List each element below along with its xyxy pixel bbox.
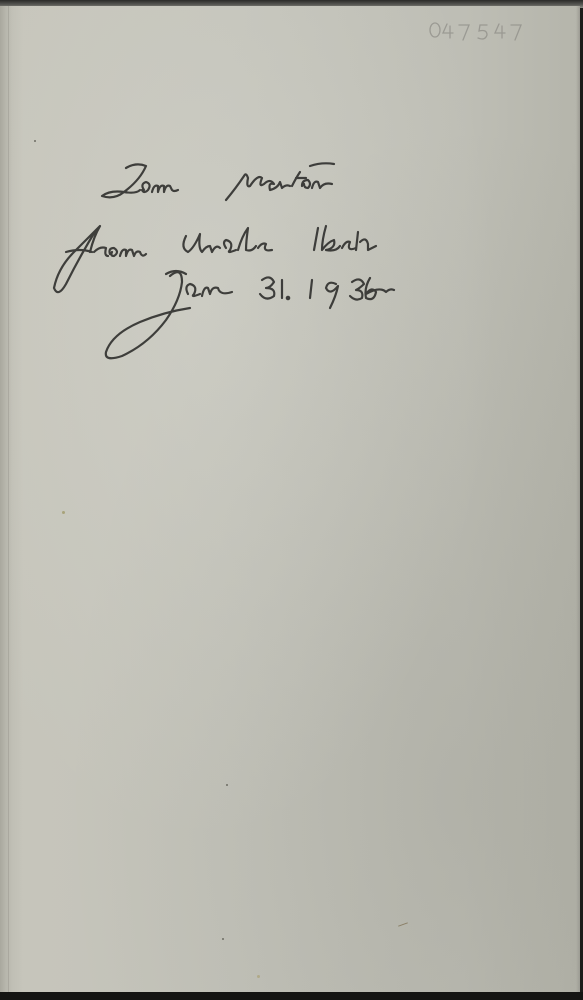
endpaper: 047 5 47 Tom Merton from Uncle Ben Jan 3… xyxy=(0,6,580,996)
corner-pencil-note: 047 5 47 xyxy=(425,18,555,44)
paper-speck xyxy=(257,975,260,978)
paper-mark xyxy=(398,922,408,926)
scanned-page: 047 5 47 Tom Merton from Uncle Ben Jan 3… xyxy=(0,0,583,1000)
paper-speck xyxy=(226,784,228,786)
pencil-note-strokes xyxy=(425,18,555,44)
page-right-edge xyxy=(576,6,580,994)
gutter-fold-line xyxy=(8,6,9,994)
paper-speck xyxy=(62,511,65,514)
handwritten-inscription: Tom Merton from Uncle Ben Jan 31. 1936 xyxy=(40,156,420,376)
paper-speck xyxy=(34,140,36,142)
binding-gutter xyxy=(0,6,12,994)
page-bottom-shadow xyxy=(0,992,583,1000)
inscription-strokes xyxy=(40,156,420,376)
paper-speck xyxy=(222,938,224,940)
